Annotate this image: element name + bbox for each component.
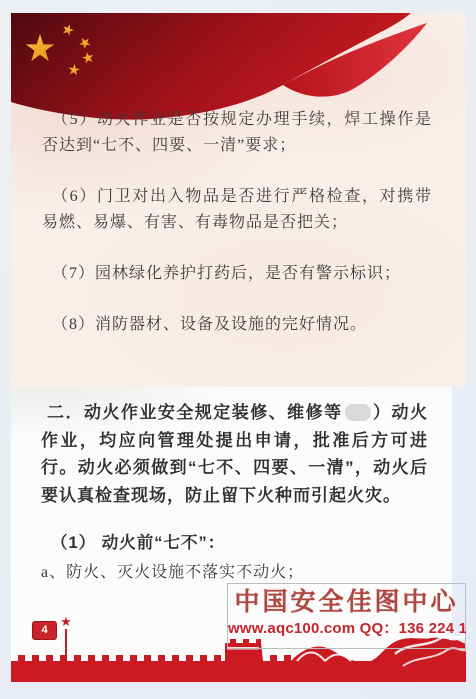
item-a-line: a、防火、灭火设施不落实不动火； <box>41 561 428 585</box>
page-number-badge: 4 <box>32 621 57 640</box>
paragraph-item-5: （5）动火作业是否按规定办理手续，焊工操作是否达到“七不、四要、一清”要求； <box>42 107 432 159</box>
item-1-heading: （1） 动火前“七不”： <box>41 531 428 555</box>
redacted-blob <box>345 404 371 421</box>
paragraph-item-7: （7）园林绿化养护打药后，是否有警示标识； <box>42 261 432 287</box>
inspection-items-list: （5）动火作业是否按规定办理手续，焊工操作是否达到“七不、四要、一清”要求； （… <box>11 13 466 338</box>
document-page: （5）动火作业是否按规定办理手续，焊工操作是否达到“七不、四要、一清”要求； （… <box>11 13 466 682</box>
section-2-heading-text: 二．动火作业安全规定装修、维修等）动火作业，均应向管理处提出申请，批准后方可进行… <box>41 399 428 509</box>
section-2-before-redaction: 二．动火作业安全规定装修、维修等 <box>47 403 343 422</box>
watermark-contact-line: www.aqc100.com QQ：136 224 1340 <box>228 620 465 638</box>
footer-star-icon: ★ <box>58 614 74 630</box>
paragraph-item-8: （8）消防器材、设备及设施的完好情况。 <box>42 312 432 338</box>
watermark-stamp-text: 中国安全佳图中心 <box>228 586 465 620</box>
top-section: （5）动火作业是否按规定办理手续，焊工操作是否达到“七不、四要、一清”要求； （… <box>11 13 466 387</box>
watermark-box: 中国安全佳图中心 www.aqc100.com QQ：136 224 1340 <box>227 583 466 649</box>
paragraph-item-6: （6）门卫对出入物品是否进行严格检查，对携带易燃、易爆、有害、有毒物品是否把关； <box>42 184 432 236</box>
